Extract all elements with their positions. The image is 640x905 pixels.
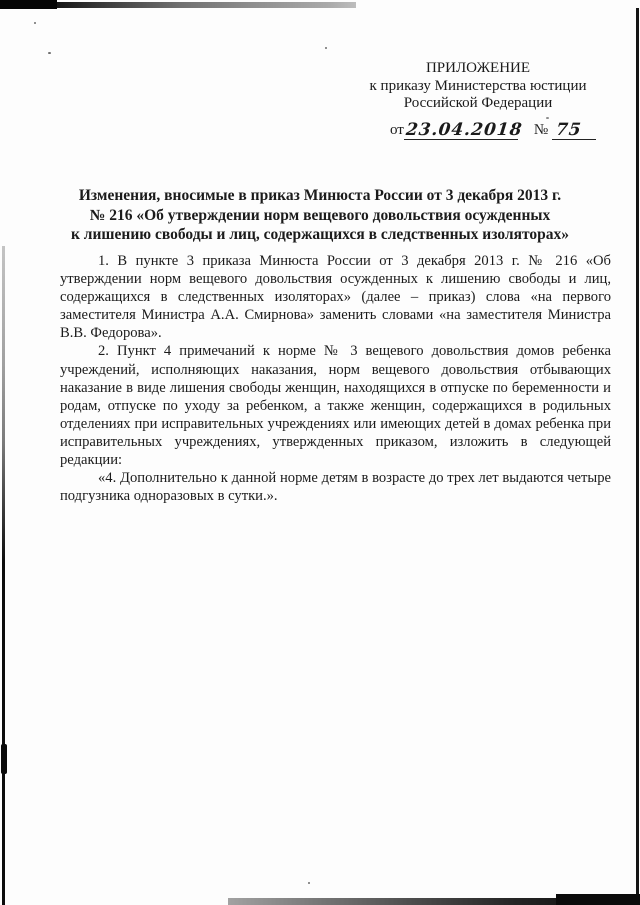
paragraph-2: 2. Пункт 4 примечаний к норме № 3 вещево… <box>60 342 611 469</box>
document-title-line-3: к лишению свободы и лиц, содержащихся в … <box>45 225 595 245</box>
handwritten-date: 23.04.2018 <box>405 121 523 139</box>
paragraph-3: «4. Дополнительно к данной норме детям в… <box>60 469 611 505</box>
appendix-label: ПРИЛОЖЕНИЕ <box>340 60 616 78</box>
scanned-document-page: ПРИЛОЖЕНИЕ к приказу Министерства юстици… <box>0 0 640 905</box>
handwritten-number: 75 <box>555 121 583 139</box>
scan-speck <box>48 52 51 54</box>
scan-artifact-right-edge-line <box>636 8 639 905</box>
order-reference-line-1: к приказу Министерства юстиции <box>340 78 616 96</box>
scan-speck <box>34 22 36 24</box>
appendix-header-block: ПРИЛОЖЕНИЕ к приказу Министерства юстици… <box>340 60 616 140</box>
date-underline: 23.04.2018 <box>404 121 518 140</box>
paragraph-1: 1. В пункте 3 приказа Минюста России от … <box>60 252 611 342</box>
number-sign-label: № <box>534 122 548 140</box>
document-body: 1. В пункте 3 приказа Минюста России от … <box>60 252 611 505</box>
scan-artifact-left-blob <box>1 744 7 774</box>
document-title-line-2: № 216 «Об утверждении норм вещевого дово… <box>45 206 595 226</box>
number-underline: 75 <box>552 121 596 140</box>
document-title-line-1: Изменения, вносимые в приказ Минюста Рос… <box>45 186 595 206</box>
scan-artifact-left-edge-line <box>2 246 5 905</box>
scan-speck <box>308 882 310 884</box>
order-reference-line-2: Российской Федерации <box>340 95 616 113</box>
order-date-number-line: от 23.04.2018 № 75 <box>390 116 616 140</box>
document-title: Изменения, вносимые в приказ Минюста Рос… <box>45 186 595 245</box>
scan-speck <box>325 47 327 49</box>
scan-artifact-bottom-right-corner <box>556 894 640 905</box>
date-prefix-label: от <box>390 122 404 140</box>
scan-artifact-top-left-corner <box>0 0 57 9</box>
